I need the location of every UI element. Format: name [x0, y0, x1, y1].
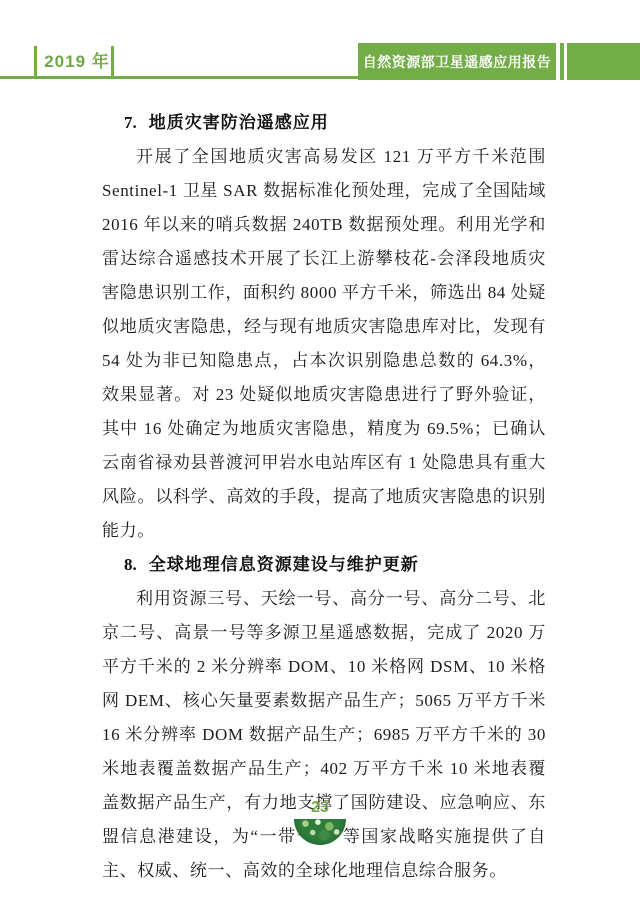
half-globe-icon	[294, 819, 346, 845]
header-accent-sliver	[560, 43, 564, 80]
header-accent-block	[567, 43, 640, 80]
section-7-number: 7.	[124, 113, 137, 132]
header-report-title: 自然资源部卫星遥感应用报告	[363, 52, 552, 72]
section-7-heading: 7.地质灾害防治遥感应用	[102, 110, 546, 136]
section-8-title: 全球地理信息资源建设与维护更新	[149, 555, 419, 574]
header-year-right-bar	[111, 46, 114, 77]
page-footer: 23	[0, 798, 640, 845]
section-8-heading: 8.全球地理信息资源建设与维护更新	[102, 552, 546, 578]
section-8-number: 8.	[124, 555, 137, 574]
report-page: 2019 年 自然资源部卫星遥感应用报告 7.地质灾害防治遥感应用 开展了全国地…	[0, 0, 640, 906]
page-content: 7.地质灾害防治遥感应用 开展了全国地质灾害高易发区 121 万平方千米范围 S…	[102, 110, 546, 888]
header-title-box: 自然资源部卫星遥感应用报告	[358, 43, 556, 80]
header-year-label: 2019 年	[44, 46, 110, 77]
page-number: 23	[311, 798, 329, 818]
section-7-title: 地质灾害防治遥感应用	[149, 113, 329, 132]
header-horizontal-rule	[0, 76, 360, 79]
section-7-paragraph: 开展了全国地质灾害高易发区 121 万平方千米范围 Sentinel-1 卫星 …	[102, 140, 546, 548]
header-year-left-bar	[34, 46, 37, 77]
